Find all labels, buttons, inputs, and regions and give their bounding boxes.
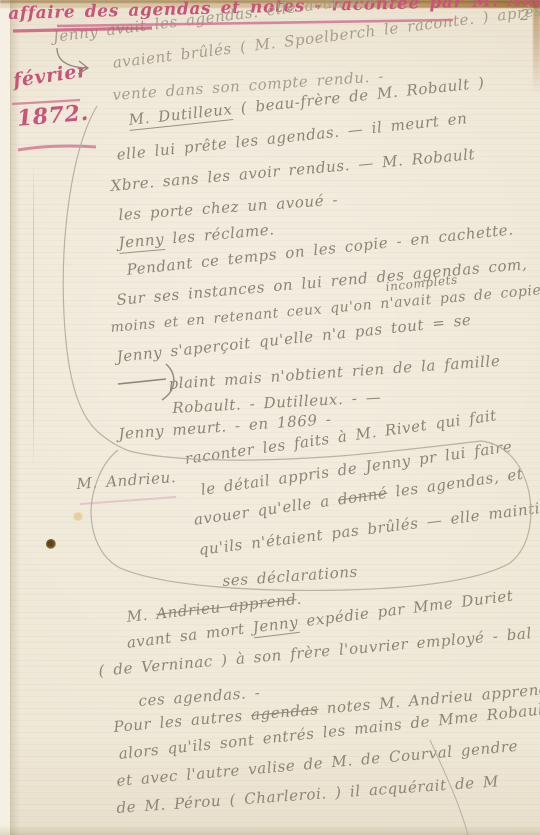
- adjacent-page-edge: [0, 0, 11, 835]
- name-jenny: Jenny: [118, 230, 165, 254]
- margin-date-year: 1872.: [16, 102, 90, 130]
- ink-spot: [46, 539, 56, 549]
- manuscript-scan: affaire des agendas et notes - racontée …: [0, 0, 540, 835]
- foxing-spot: [72, 512, 84, 521]
- line-text: M.: [126, 605, 157, 626]
- bottom-edge-shade: [0, 825, 540, 835]
- paper-fold-line: [33, 160, 34, 470]
- name-jenny: Jenny: [118, 422, 165, 443]
